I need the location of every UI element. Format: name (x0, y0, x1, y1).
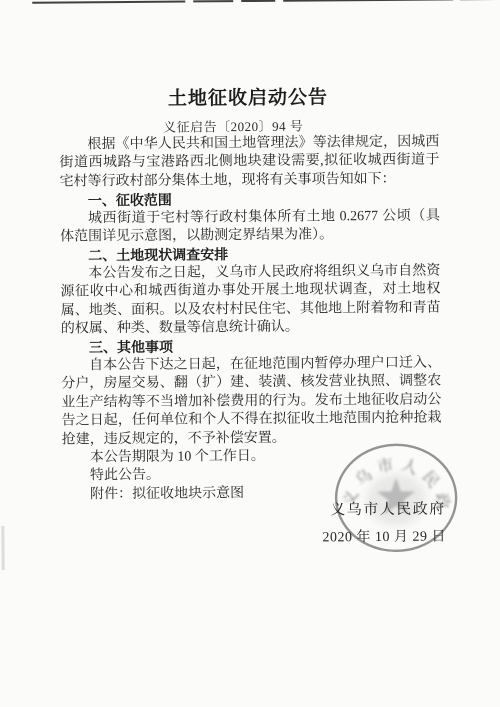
scan-artifact-top (283, 0, 453, 2)
document-sheet: 土地征收启动公告 义征启告〔2020〕94 号 根据《中华人民共和国土地管理法》… (0, 0, 500, 707)
announcement-title: 土地征收启动公告 (0, 81, 498, 112)
paragraph: 城西街道于宅村等行政村集体所有土地 0.2677 公顷（具体范围详见示意图，以勘… (60, 207, 440, 247)
paragraph: 自本公告下达之日起，在征地范围内暂停办理户口迁入、分户，房屋交易、翻（扩）建、装… (61, 354, 442, 449)
signature-date: 2020 年 10 月 29 日 (322, 525, 446, 546)
scan-artifact-top (241, 0, 275, 2)
paragraph: 本公告发布之日起，义乌市人民政府将组织义乌市自然资源征收中心和城西街道办事处开展… (60, 262, 441, 339)
signature-issuer: 义乌市人民政府 (330, 497, 446, 519)
scan-artifact-top (32, 0, 185, 3)
paragraph: 根据《中华人民共和国土地管理法》等法律规定，因城西街道西城路与宝港路西北侧地块建… (59, 134, 439, 192)
scan-artifact-left (1, 526, 4, 570)
scan-artifact-top (193, 0, 233, 2)
